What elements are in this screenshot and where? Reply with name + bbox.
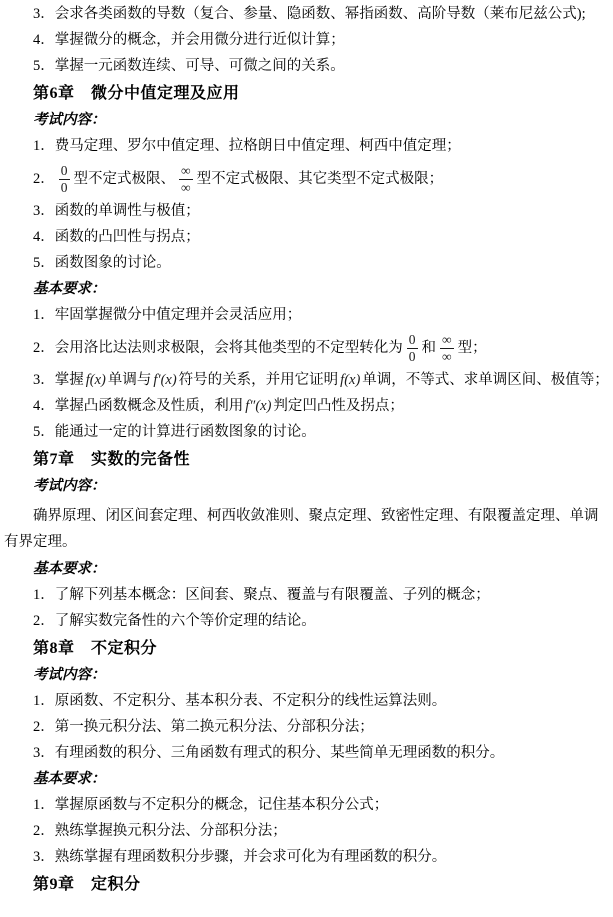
list-item-text: 符号的关系，并用它证明 xyxy=(179,372,339,388)
section-subheading: 基本要求： xyxy=(4,560,609,579)
list-item: 1．掌握原函数与不定积分的概念，记住基本积分公式； xyxy=(4,796,609,815)
list-item: 5．能通过一定的计算进行函数图象的讨论。 xyxy=(4,423,609,442)
list-item: 1．原函数、不定积分、基本积分表、不定积分的线性运算法则。 xyxy=(4,692,609,711)
list-item-text: 1．掌握原函数与不定积分的概念，记住基本积分公式； xyxy=(33,797,388,813)
math-expression: f(x) xyxy=(86,372,106,388)
list-item: 5．函数图象的讨论。 xyxy=(4,254,609,273)
list-item-text: 3．掌握 xyxy=(33,372,84,388)
list-item: 3．函数的单调性与极值； xyxy=(4,202,609,221)
list-item: 4．掌握微分的概念，并会用微分进行近似计算； xyxy=(4,31,609,50)
list-item-text: 判定凹凸性及拐点； xyxy=(273,398,404,414)
list-item: 3．熟练掌握有理函数积分步骤，并会求可化为有理函数的积分。 xyxy=(4,848,609,867)
list-item: 3．有理函数的积分、三角函数有理式的积分、某些简单无理函数的积分。 xyxy=(4,744,609,763)
list-item-text: 2．第一换元积分法、第二换元积分法、分部积分法； xyxy=(33,719,374,735)
list-item-text: 1．原函数、不定积分、基本积分表、不定积分的线性运算法则。 xyxy=(33,693,446,709)
list-item-text: 4．函数的凸凹性与拐点； xyxy=(33,229,200,245)
fraction: ∞∞ xyxy=(179,163,193,196)
list-item-text: 型不定式极限、 xyxy=(74,171,176,187)
list-item-text: 单调与 xyxy=(108,372,152,388)
chapter-heading: 第7章 实数的完备性 xyxy=(4,449,609,470)
math-expression: f″(x) xyxy=(245,398,271,414)
list-item-text: 2． xyxy=(33,171,55,187)
fraction-denominator: ∞ xyxy=(179,180,193,196)
list-item-text: 2．熟练掌握换元积分法、分部积分法； xyxy=(33,823,287,839)
list-item: 3．会求各类函数的导数（复合、参量、隐函数、幂指函数、高阶导数（莱布尼兹公式); xyxy=(4,5,609,24)
list-item-text: 2．会用洛比达法则求极限，会将其他类型的不定型转化为 xyxy=(33,340,403,356)
list-item-text: 3．有理函数的积分、三角函数有理式的积分、某些简单无理函数的积分。 xyxy=(33,745,504,761)
section-subheading: 考试内容： xyxy=(4,111,609,130)
list-item: 4．函数的凸凹性与拐点； xyxy=(4,228,609,247)
list-item-text: 3．会求各类函数的导数（复合、参量、隐函数、幂指函数、高阶导数（莱布尼兹公式); xyxy=(33,6,586,22)
list-item-text: 5．能通过一定的计算进行函数图象的讨论。 xyxy=(33,424,316,440)
math-expression: f′(x) xyxy=(153,372,176,388)
list-item: 2．会用洛比达法则求极限，会将其他类型的不定型转化为00和∞∞型； xyxy=(4,332,609,365)
fraction-numerator: ∞ xyxy=(179,163,193,180)
list-item: 1．费马定理、罗尔中值定理、拉格朗日中值定理、柯西中值定理； xyxy=(4,137,609,156)
list-item-text: 1．牢固掌握微分中值定理并会灵活应用； xyxy=(33,307,301,323)
fraction-numerator: 0 xyxy=(407,332,418,349)
list-item: 4．掌握凸函数概念及性质，利用f″(x)判定凹凸性及拐点； xyxy=(4,397,609,416)
list-item: 2．熟练掌握换元积分法、分部积分法； xyxy=(4,822,609,841)
list-item-text: 单调，不等式、求单调区间、极值等； xyxy=(362,372,609,388)
fraction-numerator: ∞ xyxy=(440,332,454,349)
fraction-denominator: 0 xyxy=(407,349,418,365)
list-item-text: 4．掌握微分的概念，并会用微分进行近似计算； xyxy=(33,32,345,48)
section-subheading: 基本要求： xyxy=(4,280,609,299)
list-item-text: 型； xyxy=(458,340,487,356)
list-item-text: 1．了解下列基本概念：区间套、聚点、覆盖与有限覆盖、子列的概念； xyxy=(33,587,490,603)
fraction: 00 xyxy=(407,332,418,365)
math-expression: f(x) xyxy=(340,372,360,388)
fraction: 00 xyxy=(59,163,70,196)
list-item: 3．掌握f(x)单调与f′(x)符号的关系，并用它证明f(x)单调，不等式、求单… xyxy=(4,371,609,390)
list-item-text: 1．费马定理、罗尔中值定理、拉格朗日中值定理、柯西中值定理； xyxy=(33,138,461,154)
list-item-text: 5．函数图象的讨论。 xyxy=(33,255,171,271)
list-item: 5．掌握一元函数连续、可导、可微之间的关系。 xyxy=(4,57,609,76)
chapter-heading: 第9章 定积分 xyxy=(4,874,609,895)
list-item: 2．00型不定式极限、∞∞型不定式极限、其它类型不定式极限； xyxy=(4,163,609,196)
paragraph: 确界原理、闭区间套定理、柯西收敛准则、聚点定理、致密性定理、有限覆盖定理、单调有… xyxy=(4,503,609,555)
list-item-text: 3．熟练掌握有理函数积分步骤，并会求可化为有理函数的积分。 xyxy=(33,849,446,865)
list-item-text: 2．了解实数完备性的六个等价定理的结论。 xyxy=(33,613,316,629)
list-item-text: 3．函数的单调性与极值； xyxy=(33,203,200,219)
list-item-text: 型不定式极限、其它类型不定式极限； xyxy=(197,171,444,187)
list-item: 1．牢固掌握微分中值定理并会灵活应用； xyxy=(4,306,609,325)
section-subheading: 考试内容： xyxy=(4,666,609,685)
chapter-heading: 第6章 微分中值定理及应用 xyxy=(4,83,609,104)
list-item: 1．了解下列基本概念：区间套、聚点、覆盖与有限覆盖、子列的概念； xyxy=(4,586,609,605)
list-item-text: 4．掌握凸函数概念及性质，利用 xyxy=(33,398,243,414)
section-subheading: 考试内容： xyxy=(4,477,609,496)
fraction-numerator: 0 xyxy=(59,163,70,180)
section-subheading: 基本要求： xyxy=(4,770,609,789)
fraction-denominator: ∞ xyxy=(440,349,454,365)
list-item-text: 和 xyxy=(422,340,437,356)
list-item-text: 5．掌握一元函数连续、可导、可微之间的关系。 xyxy=(33,58,345,74)
list-item: 2．第一换元积分法、第二换元积分法、分部积分法； xyxy=(4,718,609,737)
syllabus-document: 3．会求各类函数的导数（复合、参量、隐函数、幂指函数、高阶导数（莱布尼兹公式);… xyxy=(0,5,613,895)
chapter-heading: 第8章 不定积分 xyxy=(4,638,609,659)
list-item: 2．了解实数完备性的六个等价定理的结论。 xyxy=(4,612,609,631)
fraction: ∞∞ xyxy=(440,332,454,365)
fraction-denominator: 0 xyxy=(59,180,70,196)
